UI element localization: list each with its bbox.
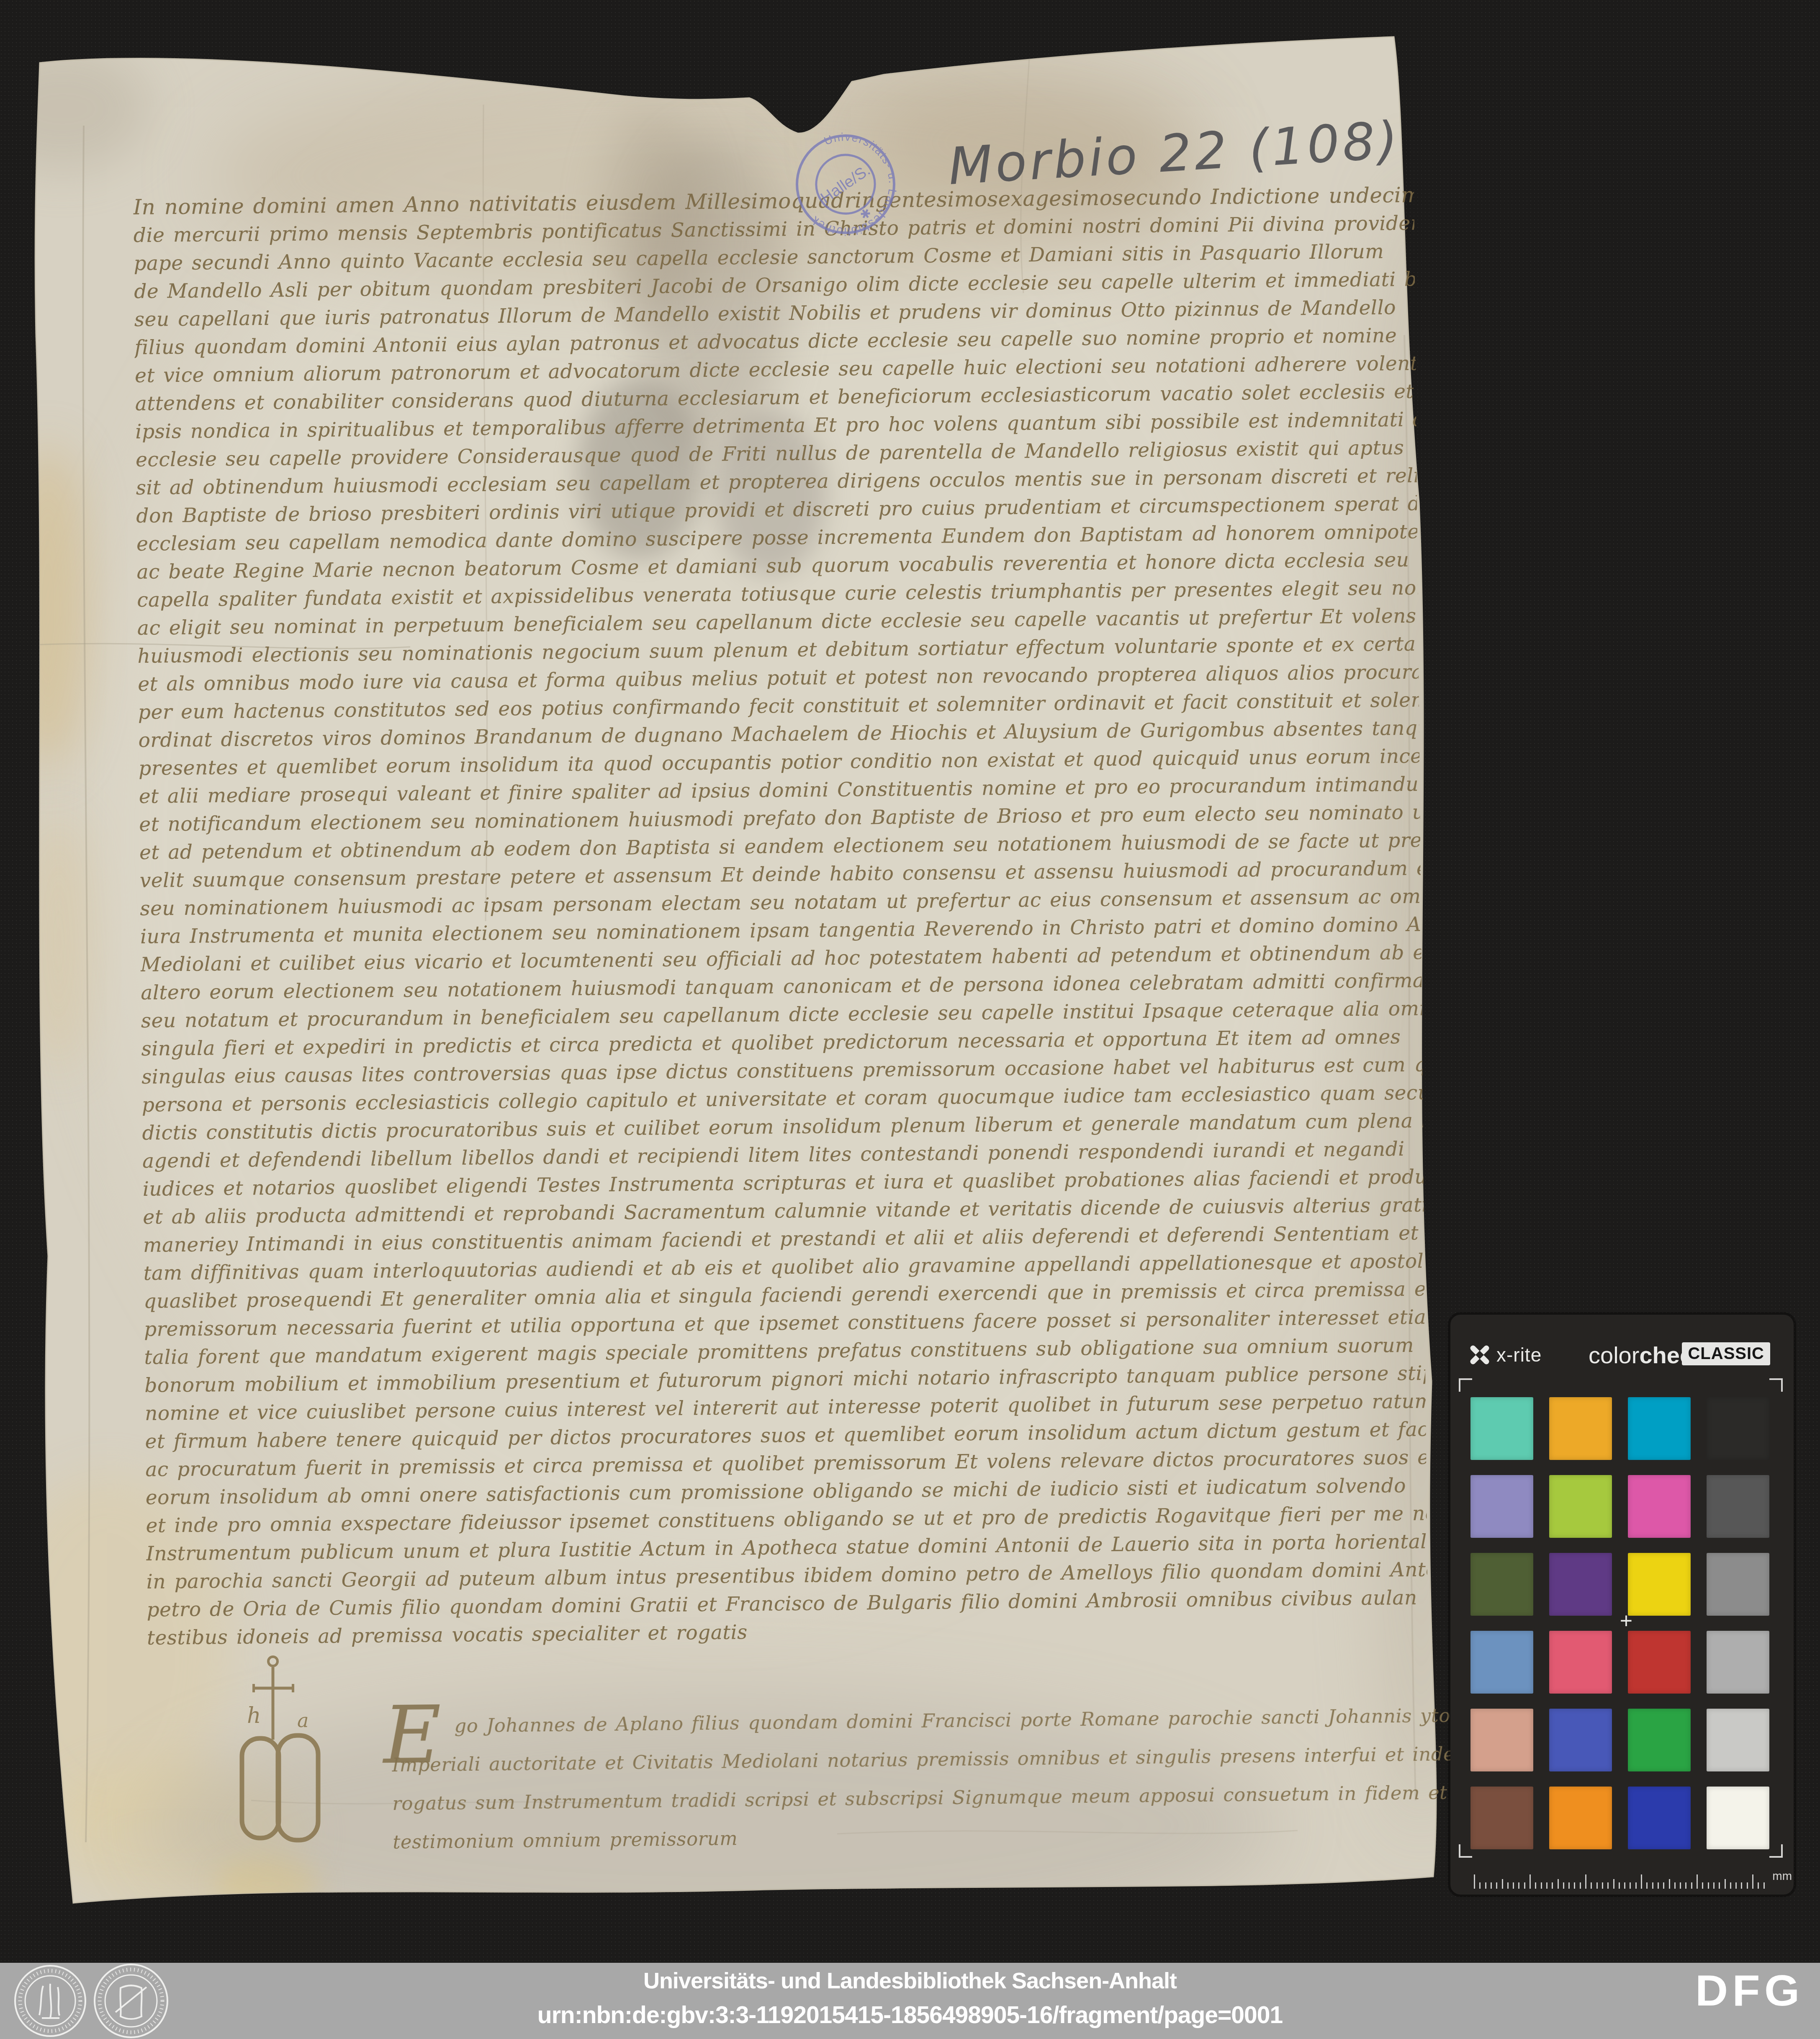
signum-letter-left: h xyxy=(247,1703,261,1728)
ruler-tick xyxy=(1585,1874,1586,1889)
xrite-brand-text: x-rite xyxy=(1496,1344,1542,1366)
color-patch-blue xyxy=(1628,1787,1691,1849)
color-patch-yellow-green xyxy=(1549,1475,1612,1538)
ruler-tick xyxy=(1735,1882,1737,1889)
color-patch-red xyxy=(1628,1631,1691,1694)
ruler-tick xyxy=(1635,1882,1637,1889)
ruler-tick xyxy=(1669,1879,1670,1889)
registration-bracket-top-left xyxy=(1459,1378,1472,1392)
notary-signum: h a xyxy=(234,1650,360,1884)
footer-urn: urn:nbn:de:gbv:3:3-1192015415-1856498905… xyxy=(0,2001,1820,2029)
ruler-tick xyxy=(1596,1882,1598,1889)
registration-bracket-top-right xyxy=(1769,1378,1783,1392)
ruler-tick xyxy=(1680,1882,1681,1889)
ruler-tick xyxy=(1719,1882,1720,1889)
ruler-tick xyxy=(1479,1882,1481,1889)
ruler-tick xyxy=(1541,1882,1542,1889)
library-stamp: Universitäts- u. Landesbibliothek ✱ Hall… xyxy=(787,126,904,243)
manuscript-text-block: In nomine domini amen Anno nativitatis e… xyxy=(133,181,1428,1659)
xrite-logo-icon xyxy=(1469,1344,1491,1366)
ruler-tick xyxy=(1763,1882,1765,1889)
ruler-tick xyxy=(1591,1882,1592,1889)
dfg-logo: DFG xyxy=(1695,1966,1804,2016)
ruler-tick xyxy=(1730,1882,1731,1889)
ruler-tick xyxy=(1524,1882,1525,1889)
color-patch-neutral-5 xyxy=(1707,1553,1769,1616)
ruler-tick xyxy=(1568,1882,1570,1889)
ruler-tick xyxy=(1580,1882,1581,1889)
ruler-tick xyxy=(1563,1882,1564,1889)
ruler-tick xyxy=(1530,1874,1531,1889)
color-patch-green xyxy=(1628,1709,1691,1771)
xrite-brand: x-rite xyxy=(1469,1343,1542,1367)
color-patch-neutral-8 xyxy=(1707,1709,1769,1771)
color-patch-foliage xyxy=(1470,1553,1533,1616)
ruler-tick xyxy=(1607,1882,1609,1889)
notary-subscription-block: Ego Johannes de Aplano filius quondam do… xyxy=(391,1697,1389,1861)
ruler-tick xyxy=(1546,1882,1548,1889)
ruler-tick xyxy=(1747,1882,1748,1889)
color-patch-neutral-6-5 xyxy=(1707,1631,1769,1694)
colorchecker-ruler: mm xyxy=(1474,1872,1774,1889)
signum-right-loop xyxy=(278,1735,318,1840)
ruler-tick xyxy=(1474,1874,1475,1889)
ruler-tick xyxy=(1574,1882,1575,1889)
footer-bar: Universitäts- und Landesbibliothek Sachs… xyxy=(0,1963,1820,2039)
ruler-tick xyxy=(1685,1882,1686,1889)
ruler-tick xyxy=(1535,1882,1536,1889)
color-patch-neutral-3-5 xyxy=(1707,1475,1769,1538)
ruler-tick xyxy=(1702,1882,1703,1889)
colorchecker-classic-badge: CLASSIC xyxy=(1682,1342,1770,1365)
ruler-tick xyxy=(1725,1879,1726,1889)
ruler-tick xyxy=(1619,1882,1620,1889)
ruler-tick xyxy=(1613,1879,1614,1889)
ruler-tick xyxy=(1602,1882,1603,1889)
ruler-tick xyxy=(1752,1874,1753,1889)
ruler-tick xyxy=(1713,1882,1715,1889)
ruler-tick xyxy=(1558,1879,1559,1889)
color-patch-blue-sky xyxy=(1470,1631,1533,1694)
ruler-tick xyxy=(1663,1882,1664,1889)
color-patch-purple xyxy=(1549,1553,1612,1616)
ruler-tick xyxy=(1485,1882,1486,1889)
color-patch-black xyxy=(1707,1397,1769,1460)
color-patch-dark-skin xyxy=(1470,1787,1533,1849)
ruler-tick xyxy=(1697,1874,1698,1889)
colorchecker-card: x-rite colorchecker CLASSIC + mm xyxy=(1450,1315,1794,1895)
ruler-tick xyxy=(1630,1882,1631,1889)
ruler-tick xyxy=(1513,1882,1514,1889)
color-patch-purplish-blue xyxy=(1549,1709,1612,1771)
ruler-tick xyxy=(1674,1882,1676,1889)
ruler-tick xyxy=(1708,1882,1709,1889)
color-patch-cyan xyxy=(1628,1397,1691,1460)
colorchecker-header: x-rite colorchecker CLASSIC xyxy=(1450,1341,1794,1370)
color-patch-magenta xyxy=(1628,1475,1691,1538)
ruler-tick xyxy=(1691,1882,1692,1889)
color-patch-bluish-green xyxy=(1470,1397,1533,1460)
ruler-tick xyxy=(1518,1882,1519,1889)
ruler-tick xyxy=(1641,1874,1642,1889)
color-patch-blue-flower xyxy=(1470,1475,1533,1538)
ruler-unit-label: mm xyxy=(1772,1869,1792,1883)
registration-cross-icon: + xyxy=(1618,1613,1635,1630)
ruler-tick xyxy=(1741,1882,1742,1889)
stamp-center-text: Halle/S. xyxy=(817,161,874,207)
ruler-tick xyxy=(1552,1882,1553,1889)
ruler-tick xyxy=(1652,1882,1653,1889)
ruler-tick xyxy=(1496,1882,1497,1889)
ruler-tick xyxy=(1491,1882,1492,1889)
signum-left-loop xyxy=(242,1738,279,1838)
ruler-tick xyxy=(1502,1879,1503,1889)
color-patch-moderate-red xyxy=(1549,1631,1612,1694)
ruler-tick xyxy=(1624,1882,1625,1889)
signum-top-ring xyxy=(268,1657,278,1666)
signum-letter-right: a xyxy=(297,1709,308,1732)
color-patch-orange xyxy=(1549,1787,1612,1849)
color-patch-orange-yellow xyxy=(1549,1397,1612,1460)
ruler-tick xyxy=(1758,1882,1759,1889)
color-patch-yellow xyxy=(1628,1553,1691,1616)
color-patch-light-skin xyxy=(1470,1709,1533,1771)
footer-library-name: Universitäts- und Landesbibliothek Sachs… xyxy=(0,1968,1820,1994)
colorchecker-title-light: color xyxy=(1589,1342,1639,1368)
ruler-tick xyxy=(1646,1882,1648,1889)
color-patch-white xyxy=(1707,1787,1769,1849)
registration-bracket-bottom-right xyxy=(1769,1844,1783,1858)
ruler-tick xyxy=(1507,1882,1509,1889)
ruler-tick xyxy=(1658,1882,1659,1889)
